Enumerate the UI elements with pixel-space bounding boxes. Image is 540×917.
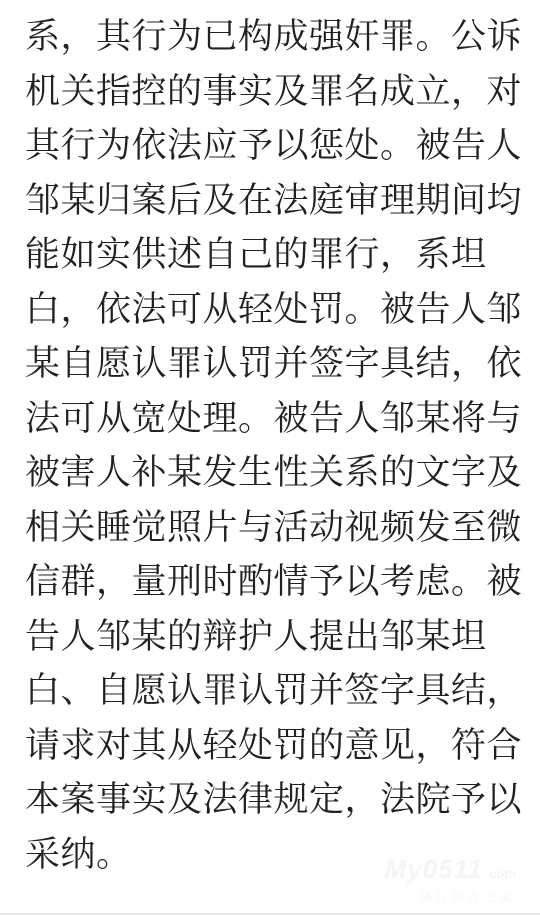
text-line: 请求对其从轻处罚的意见，符合 [25,719,520,774]
text-line: 某自愿认罪认罚并签字具结，依 [25,337,520,392]
site-watermark: My0511.com 镇江网友之家 [385,857,516,905]
watermark-logo: My0511 [385,854,483,884]
watermark-logo-row: My0511.com [385,857,516,886]
text-line: 其行为依法应予以惩处。被告人 [25,119,520,174]
text-line: 相关睡觉照片与活动视频发至微 [25,501,520,556]
text-line: 机关指控的事实及罪名成立，对 [25,65,520,120]
text-line: 信群，量刑时酌情予以考虑。被 [25,555,520,610]
text-line: 法可从宽处理。被告人邹某将与 [25,392,520,447]
text-line: 白、自愿认罪认罚并签字具结， [25,664,520,719]
watermark-subtext: 镇江网友之家 [385,888,516,905]
watermark-suffix: .com [486,866,516,881]
text-line: 本案事实及法律规定，法院予以 [25,773,520,828]
text-line: 系，其行为已构成强奸罪。公诉 [25,10,520,65]
text-line: 告人邹某的辩护人提出邹某坦 [25,610,520,665]
text-line: 被害人补某发生性关系的文字及 [25,446,520,501]
text-line: 邹某归案后及在法庭审理期间均 [25,174,520,229]
judgment-text-block: 系，其行为已构成强奸罪。公诉 机关指控的事实及罪名成立，对 其行为依法应予以惩处… [25,10,520,882]
text-line: 白，依法可从轻处罚。被告人邹 [25,283,520,338]
bottom-divider [0,913,540,915]
text-line: 能如实供述自己的罪行，系坦 [25,228,520,283]
